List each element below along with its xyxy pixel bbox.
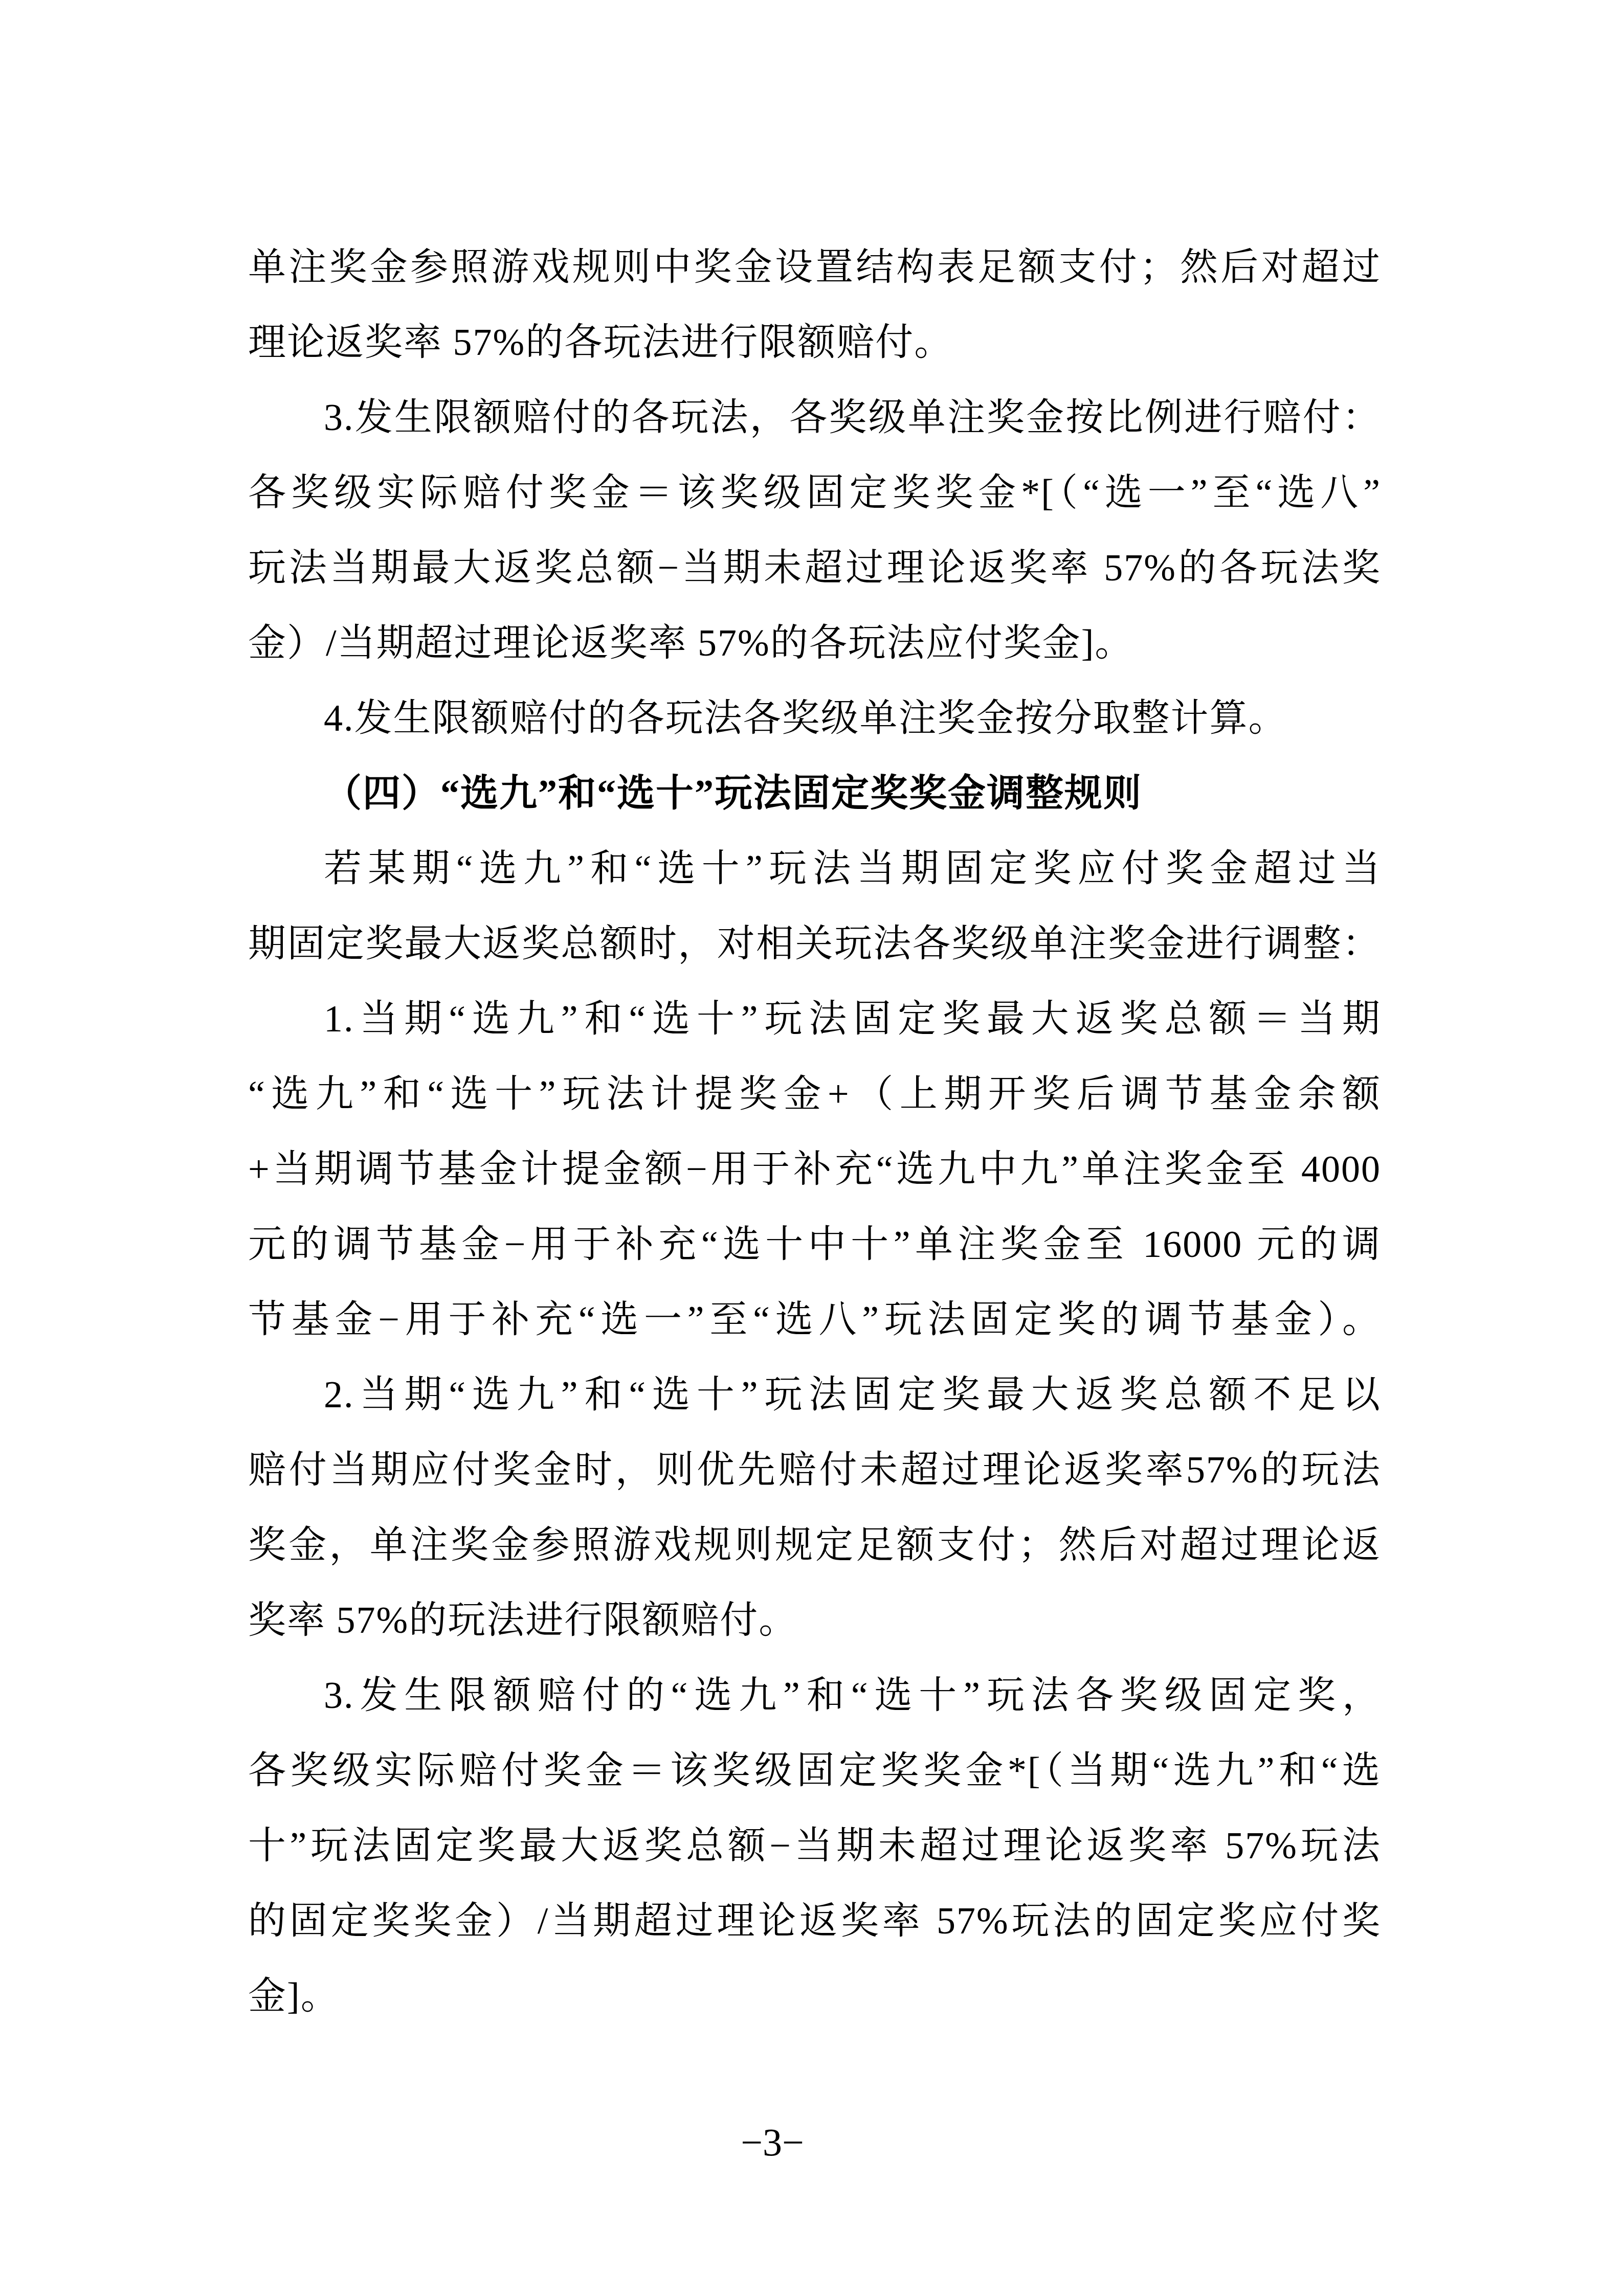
text-line: 3.发生限额赔付的各玩法，各奖级单注奖金按比例进行赔付：	[248, 380, 1381, 456]
text-line: 金）/当期超过理论返奖率 57%的各玩法应付奖金]。	[248, 606, 1381, 681]
text-line: 赔付当期应付奖金时，则优先赔付未超过理论返奖率57%的玩法	[248, 1433, 1381, 1508]
text-line: 各奖级实际赔付奖金＝该奖级固定奖奖金*[（当期“选九”和“选	[248, 1734, 1381, 1809]
text-line: 4.发生限额赔付的各玩法各奖级单注奖金按分取整计算。	[248, 681, 1381, 756]
text-line: 期固定奖最大返奖总额时，对相关玩法各奖级单注奖金进行调整：	[248, 907, 1381, 982]
text-line: “选九”和“选十”玩法计提奖金+（上期开奖后调节基金余额	[248, 1057, 1381, 1132]
text-line: 节基金−用于补充“选一”至“选八”玩法固定奖的调节基金）。	[248, 1282, 1381, 1358]
text-line: 单注奖金参照游戏规则中奖金设置结构表足额支付；然后对超过	[248, 230, 1381, 305]
text-line: 元的调节基金−用于补充“选十中十”单注奖金至 16000 元的调	[248, 1207, 1381, 1282]
document-page: 单注奖金参照游戏规则中奖金设置结构表足额支付；然后对超过理论返奖率 57%的各玩…	[0, 0, 1624, 2296]
text-line: 2.当期“选九”和“选十”玩法固定奖最大返奖总额不足以	[248, 1358, 1381, 1433]
text-line: 的固定奖奖金）/当期超过理论返奖率 57%玩法的固定奖应付奖	[248, 1884, 1381, 1959]
text-line: 1.当期“选九”和“选十”玩法固定奖最大返奖总额＝当期	[248, 982, 1381, 1057]
text-line: +当期调节基金计提金额−用于补充“选九中九”单注奖金至 4000	[248, 1132, 1381, 1207]
text-line: 十”玩法固定奖最大返奖总额−当期未超过理论返奖率 57%玩法	[248, 1809, 1381, 1884]
text-line: 3.发生限额赔付的“选九”和“选十”玩法各奖级固定奖，	[248, 1658, 1381, 1734]
text-line: 奖率 57%的玩法进行限额赔付。	[248, 1583, 1381, 1658]
heading-line: （四）“选九”和“选十”玩法固定奖奖金调整规则	[248, 756, 1381, 831]
text-line: 各奖级实际赔付奖金＝该奖级固定奖奖金*[（“选一”至“选八”	[248, 456, 1381, 531]
text-line: 若某期“选九”和“选十”玩法当期固定奖应付奖金超过当	[248, 831, 1381, 907]
text-line: 奖金，单注奖金参照游戏规则规定足额支付；然后对超过理论返	[248, 1508, 1381, 1583]
text-line: 理论返奖率 57%的各玩法进行限额赔付。	[248, 305, 1381, 380]
text-line: 玩法当期最大返奖总额−当期未超过理论返奖率 57%的各玩法奖	[248, 531, 1381, 606]
text-block: 单注奖金参照游戏规则中奖金设置结构表足额支付；然后对超过理论返奖率 57%的各玩…	[248, 230, 1381, 2034]
page-number: −3−	[0, 2107, 1545, 2178]
text-line: 金]。	[248, 1959, 1381, 2034]
